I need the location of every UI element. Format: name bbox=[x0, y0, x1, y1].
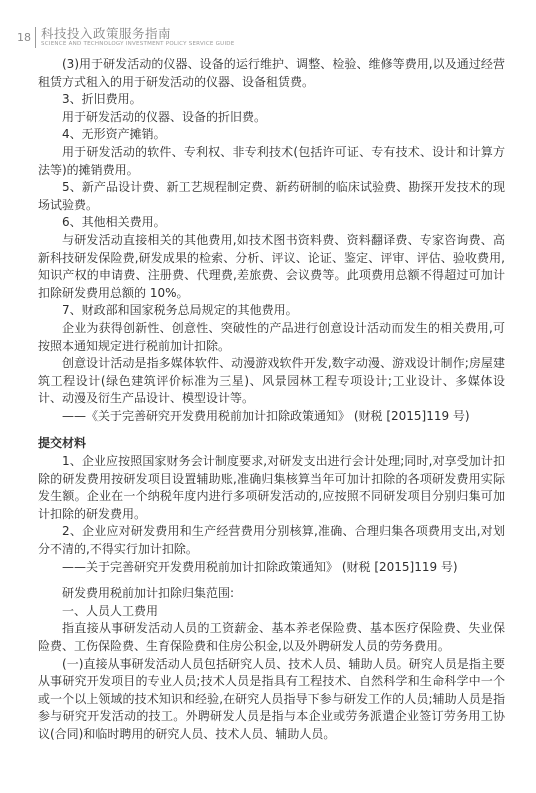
paragraph: 6、其他相关费用。 bbox=[38, 214, 505, 232]
paragraph: (一)直接从事研发活动人员包括研究人员、技术人员、辅助人员。研究人员是指主要从事… bbox=[38, 656, 505, 744]
paragraph: 与研发活动直接相关的其他费用,如技术图书资料费、资料翻译费、专家咨询费、高新科技… bbox=[38, 232, 505, 302]
paragraph: 2、企业应对研发费用和生产经营费用分别核算,准确、合理归集各项费用支出,对划分不… bbox=[38, 523, 505, 558]
guide-title: 科技投入政策服务指南 bbox=[41, 27, 235, 41]
paragraph: 5、新产品设计费、新工艺规程制定费、新药研制的临床试验费、勘探开发技术的现场试验… bbox=[38, 179, 505, 214]
paragraph: 1、企业应按照国家财务会计制度要求,对研发支出进行会计处理;同时,对享受加计扣除… bbox=[38, 453, 505, 523]
header-divider bbox=[35, 27, 36, 48]
page-number: 18 bbox=[17, 31, 31, 48]
paragraph: (3)用于研发活动的仪器、设备的运行维护、调整、检验、维修等费用,以及通过经营租… bbox=[38, 56, 505, 91]
paragraph: 创意设计活动是指多媒体软件、动漫游戏软件开发,数字动漫、游戏设计制作;房屋建筑工… bbox=[38, 355, 505, 408]
header-title-block: 科技投入政策服务指南 SCIENCE AND TECHNOLOGY INVEST… bbox=[41, 27, 235, 48]
guide-subtitle: SCIENCE AND TECHNOLOGY INVESTMENT POLICY… bbox=[41, 41, 235, 48]
section-heading: 提交材料 bbox=[38, 435, 505, 453]
paragraph: 用于研发活动的仪器、设备的折旧费。 bbox=[38, 109, 505, 127]
citation-line: ——关于完善研究开发费用税前加计扣除政策通知》 (财税 [2015]119 号) bbox=[38, 559, 505, 577]
paragraph: 7、财政部和国家税务总局规定的其他费用。 bbox=[38, 302, 505, 320]
document-page: 18 科技投入政策服务指南 SCIENCE AND TECHNOLOGY INV… bbox=[0, 0, 536, 793]
paragraph: 研发费用税前加计扣除归集范围: bbox=[38, 585, 505, 603]
paragraph: 一、人员人工费用 bbox=[38, 603, 505, 621]
paragraph: 企业为获得创新性、创意性、突破性的产品进行创意设计活动而发生的相关费用,可按照本… bbox=[38, 320, 505, 355]
paragraph: 3、折旧费用。 bbox=[38, 91, 505, 109]
paragraph: 4、无形资产摊销。 bbox=[38, 126, 505, 144]
paragraph: 指直接从事研发活动人员的工资薪金、基本养老保险费、基本医疗保险费、失业保险费、工… bbox=[38, 620, 505, 655]
citation-line: ——《关于完善研究开发费用税前加计扣除政策通知》 (财税 [2015]119 号… bbox=[38, 408, 505, 426]
document-body: (3)用于研发活动的仪器、设备的运行维护、调整、检验、维修等费用,以及通过经营租… bbox=[38, 56, 505, 744]
page-header: 18 科技投入政策服务指南 SCIENCE AND TECHNOLOGY INV… bbox=[17, 27, 235, 48]
paragraph: 用于研发活动的软件、专利权、非专利技术(包括许可证、专有技术、设计和计算方法等)… bbox=[38, 144, 505, 179]
